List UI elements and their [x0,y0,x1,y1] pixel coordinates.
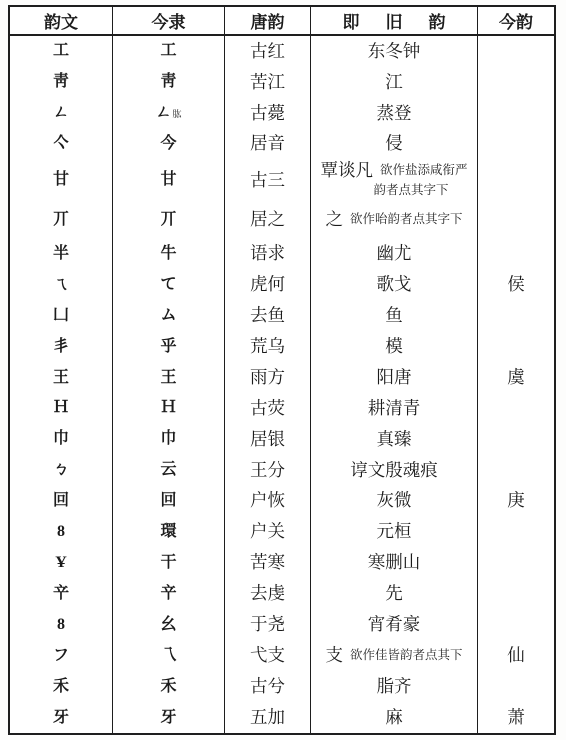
table-row: 丯乎荒乌模 [10,331,554,362]
jinyun-cell [478,331,554,362]
old-rhyme-label: 阳唐 [377,369,412,387]
oracle-glyph: 甘 [53,172,69,188]
tangyun-cell: 古兮 [225,671,311,702]
table-row: ㄅ云王分谆文殷魂痕 [10,455,554,486]
old-rhyme-label: 江 [385,74,403,92]
jinli-cell: 丌 [113,201,225,238]
jinyun-cell: 侯 [478,269,554,300]
table-row: 靑靑苦江江 [10,67,554,98]
tangyun-cell: 去鱼 [225,300,311,331]
old-rhyme-label: 宵肴豪 [368,616,421,634]
modern-rhyme-label: 侯 [507,276,525,294]
old-rhyme-cell: 寒删山 [311,548,478,579]
jinyun-cell: 庚 [478,486,554,517]
jinli-cell: て [113,269,225,300]
modern-rhyme-label: 仙 [507,647,525,665]
jinli-cell: 牛 [113,238,225,269]
yunwen-cell: 丯 [10,331,113,362]
fanqie-text: 古三 [250,172,285,190]
rhyme-table: 韵文 今隶 唐韵 即旧韵 今韵 工工古红东冬钟靑靑苦江江ㄥㄥ肱古薨蒸登亽今居音侵… [8,5,556,735]
tangyun-cell: 五加 [225,702,311,733]
fanqie-text: 五加 [250,709,285,727]
old-rhyme-cell: 脂齐 [311,671,478,702]
header-old-rhyme: 即旧韵 [311,7,478,34]
jinli-cell: Ｈ [113,393,225,424]
yunwen-cell: 工 [10,36,113,67]
tangyun-cell: 古薨 [225,98,311,129]
oracle-glyph: 8 [57,524,65,540]
oracle-glyph: 半 [53,246,69,262]
clerical-glyph: ㄥ [155,105,171,121]
table-row: 凵ム去鱼鱼 [10,300,554,331]
old-rhyme-label: 支 [325,647,343,665]
jinyun-cell [478,424,554,455]
clerical-glyph: 牙 [160,710,176,726]
table-row: 8幺于尧宵肴豪 [10,609,554,640]
fanqie-text: 古荧 [250,400,285,418]
old-rhyme-label: 脂齐 [377,678,412,696]
oracle-glyph: ㄅ [53,462,69,478]
fanqie-text: 居音 [250,135,285,153]
yunwen-cell: 牙 [10,702,113,733]
table-row: 8環户关元桓 [10,517,554,548]
yunwen-cell: 巾 [10,424,113,455]
yunwen-cell: 王 [10,362,113,393]
yunwen-cell: 䇂 [10,578,113,609]
header-jinli: 今隶 [113,7,225,34]
oracle-glyph: 工 [53,43,69,59]
clerical-glyph: 靑 [160,74,176,90]
tangyun-cell: 语求 [225,238,311,269]
yunwen-cell: 甘 [10,160,113,202]
jinyun-cell: 虞 [478,362,554,393]
jinli-cell: 王 [113,362,225,393]
yunwen-cell: 半 [10,238,113,269]
oracle-glyph: 凵 [53,308,69,324]
oracle-glyph: 亽 [53,136,69,152]
old-rhyme-label: 元桓 [377,523,412,541]
old-rhyme-label: 寒删山 [368,554,421,572]
table-row: 工工古红东冬钟 [10,36,554,67]
yunwen-cell: 8 [10,517,113,548]
yunwen-cell: 丌 [10,201,113,238]
oracle-glyph: 王 [53,370,69,386]
oracle-glyph: Ұ [55,555,67,571]
old-rhyme-label: 模 [385,338,403,356]
old-rhyme-line: 之欲作咍韵者点其字下 [325,211,462,229]
page: { "header": { "yunwen": "韵文", "jinli": "… [0,0,566,740]
table-row: 甘甘古三覃谈凡欲作盐添咸衔严韵者点其字下 [10,160,554,202]
old-rhyme-line: 支欲作佳皆韵者点其下 [325,647,462,665]
old-rhyme-label: 歌戈 [377,276,412,294]
old-rhyme-cell: 真臻 [311,424,478,455]
fanqie-text: 居之 [250,211,285,229]
fanqie-text: 居银 [250,431,285,449]
old-rhyme-cell: 鱼 [311,300,478,331]
table-row: 亽今居音侵 [10,129,554,160]
yunwen-cell: 亽 [10,129,113,160]
jinli-cell: 靑 [113,67,225,98]
jinyun-cell [478,517,554,548]
jinyun-cell [478,201,554,238]
clerical-glyph: 丌 [160,212,176,228]
tangyun-cell: 于尧 [225,609,311,640]
jinyun-cell [478,238,554,269]
old-rhyme-cell: 耕清青 [311,393,478,424]
clerical-glyph: 今 [160,136,176,152]
tangyun-cell: 居之 [225,201,311,238]
table-row: 回回户恢灰微庚 [10,486,554,517]
tangyun-cell: 王分 [225,455,311,486]
yunwen-cell: 禾 [10,671,113,702]
old-rhyme-cell: 谆文殷魂痕 [311,455,478,486]
modern-rhyme-label: 虞 [507,369,525,387]
old-rhyme-label: 麻 [385,709,403,727]
yunwen-cell: フ [10,640,113,671]
jinyun-cell [478,671,554,702]
fanqie-text: 于尧 [250,616,285,634]
old-rhyme-line: 韵者点其字下 [373,181,448,199]
fanqie-text: 古兮 [250,678,285,696]
tangyun-cell: 苦寒 [225,548,311,579]
header-yunwen: 韵文 [10,7,113,34]
fanqie-text: 语求 [250,245,285,263]
rhyme-usage-note: 韵者点其字下 [373,183,448,197]
fanqie-text: 去虔 [250,585,285,603]
clerical-glyph: 禾 [160,679,176,695]
yunwen-cell: Ұ [10,548,113,579]
table-row: 禾禾古兮脂齐 [10,671,554,702]
jinyun-cell [478,609,554,640]
jinli-cell: 幺 [113,609,225,640]
oracle-glyph: 丌 [53,212,69,228]
fanqie-text: 户关 [250,523,285,541]
tangyun-cell: 荒乌 [225,331,311,362]
old-rhyme-label: 蒸登 [377,105,412,123]
tangyun-cell: 户关 [225,517,311,548]
jinyun-cell [478,160,554,202]
fanqie-text: 户恢 [250,492,285,510]
clerical-glyph: て [160,277,176,293]
old-rhyme-cell: 歌戈 [311,269,478,300]
jinli-cell: ㄥ肱 [113,98,225,129]
old-rhyme-cell: 支欲作佳皆韵者点其下 [311,640,478,671]
table-row: ㄥㄥ肱古薨蒸登 [10,98,554,129]
tangyun-cell: 弋支 [225,640,311,671]
old-rhyme-cell: 先 [311,578,478,609]
clerical-glyph: ム [160,308,176,324]
fanqie-text: 古薨 [250,105,285,123]
table-row: 丌丌居之之欲作咍韵者点其字下 [10,201,554,238]
old-rhyme-label: 覃谈凡 [320,162,373,180]
jinli-cell: 䇂 [113,578,225,609]
oracle-glyph: フ [53,648,69,664]
jinli-cell: 牙 [113,702,225,733]
jinli-cell: 云 [113,455,225,486]
table-row: 半牛语求幽尤 [10,238,554,269]
clerical-glyph: 牛 [160,246,176,262]
header-jinyun: 今韵 [478,7,554,34]
oracle-glyph: 禾 [53,679,69,695]
header-tangyun: 唐韵 [225,7,311,34]
table-row: 牙牙五加麻萧 [10,702,554,733]
clerical-glyph: 幺 [160,617,176,633]
jinyun-cell [478,36,554,67]
jinli-cell: 工 [113,36,225,67]
oracle-glyph: Ｈ [53,400,69,416]
jinli-cell: 回 [113,486,225,517]
oracle-glyph: 靑 [53,74,69,90]
old-rhyme-cell: 覃谈凡欲作盐添咸衔严韵者点其字下 [311,160,478,202]
clerical-glyph: 環 [160,524,176,540]
jinyun-cell [478,129,554,160]
jinyun-cell [478,455,554,486]
fanqie-text: 弋支 [250,647,285,665]
jinyun-cell [478,98,554,129]
old-rhyme-cell: 模 [311,331,478,362]
tangyun-cell: 户恢 [225,486,311,517]
jinyun-cell: 萧 [478,702,554,733]
oracle-glyph: 巾 [53,431,69,447]
clerical-glyph: 巾 [160,431,176,447]
fanqie-text: 王分 [250,462,285,480]
old-rhyme-label: 东冬钟 [368,43,421,61]
jinli-cell: 乎 [113,331,225,362]
old-rhyme-label: 谆文殷魂痕 [350,462,438,480]
old-rhyme-line: 覃谈凡欲作盐添咸衔严 [320,162,467,180]
jinli-cell: 干 [113,548,225,579]
tangyun-cell: 古三 [225,160,311,202]
old-rhyme-cell: 之欲作咍韵者点其字下 [311,201,478,238]
old-rhyme-cell: 元桓 [311,517,478,548]
old-rhyme-cell: 幽尤 [311,238,478,269]
oracle-glyph: 8 [57,617,65,633]
old-rhyme-label: 鱼 [385,307,403,325]
jinli-cell: 環 [113,517,225,548]
rhyme-usage-note: 欲作盐添咸衔严 [380,163,468,179]
tangyun-cell: 居音 [225,129,311,160]
old-rhyme-cell: 灰微 [311,486,478,517]
table-row: Ұ干苦寒寒删山 [10,548,554,579]
yunwen-cell: ㄥ [10,98,113,129]
fanqie-text: 虎何 [250,276,285,294]
tangyun-cell: 虎何 [225,269,311,300]
clerical-glyph: 回 [160,493,176,509]
jinyun-cell: 仙 [478,640,554,671]
clerical-glyph: 王 [160,370,176,386]
jinyun-cell [478,300,554,331]
tangyun-cell: 居银 [225,424,311,455]
jinyun-cell [478,67,554,98]
yunwen-cell: ㄟ [10,269,113,300]
table-row: ㄟて虎何歌戈侯 [10,269,554,300]
oracle-glyph: 䇂 [53,586,69,602]
old-rhyme-label: 幽尤 [377,245,412,263]
rhyme-usage-note: 欲作咍韵者点其字下 [350,212,463,228]
old-rhyme-cell: 侵 [311,129,478,160]
oracle-glyph: 丯 [53,339,69,355]
oracle-glyph: ㄟ [53,277,69,293]
fanqie-text: 苦寒 [250,554,285,572]
old-rhyme-label: 灰微 [377,492,412,510]
oracle-glyph: 回 [53,493,69,509]
jinli-cell: 禾 [113,671,225,702]
fanqie-text: 苦江 [250,74,285,92]
jinli-cell: ム [113,300,225,331]
rhyme-usage-note: 欲作佳皆韵者点其下 [350,648,463,664]
fanqie-text: 雨方 [250,369,285,387]
yunwen-cell: 靑 [10,67,113,98]
table-row: 䇂䇂去虔先 [10,578,554,609]
old-rhyme-label: 耕清青 [368,400,421,418]
old-rhyme-cell: 蒸登 [311,98,478,129]
old-rhyme-cell: 东冬钟 [311,36,478,67]
modern-rhyme-label: 萧 [507,709,525,727]
old-rhyme-cell: 麻 [311,702,478,733]
clerical-glyph: 干 [160,555,176,571]
fanqie-text: 荒乌 [250,338,285,356]
yunwen-cell: ㄅ [10,455,113,486]
tangyun-cell: 苦江 [225,67,311,98]
jinli-cell: 乁 [113,640,225,671]
fanqie-text: 去鱼 [250,307,285,325]
table-row: フ乁弋支支欲作佳皆韵者点其下仙 [10,640,554,671]
clerical-glyph: 乎 [160,339,176,355]
old-rhyme-label: 真臻 [377,431,412,449]
old-rhyme-label: 先 [385,585,403,603]
table-row: 王王雨方阳唐虞 [10,362,554,393]
table-row: ＨＨ古荧耕清青 [10,393,554,424]
tangyun-cell: 古荧 [225,393,311,424]
yunwen-cell: 回 [10,486,113,517]
yunwen-cell: Ｈ [10,393,113,424]
old-rhyme-label: 之 [325,211,343,229]
old-rhyme-cell: 宵肴豪 [311,609,478,640]
tangyun-cell: 去虔 [225,578,311,609]
jinli-cell: 甘 [113,160,225,202]
clerical-glyph: 䇂 [160,586,176,602]
clerical-glyph: Ｈ [160,400,176,416]
old-rhyme-label: 侵 [385,135,403,153]
jinli-cell: 今 [113,129,225,160]
header-row: 韵文 今隶 唐韵 即旧韵 今韵 [10,7,554,36]
yunwen-cell: 8 [10,609,113,640]
oracle-glyph: ㄥ [53,105,69,121]
table-body: 工工古红东冬钟靑靑苦江江ㄥㄥ肱古薨蒸登亽今居音侵甘甘古三覃谈凡欲作盐添咸衔严韵者… [10,36,554,733]
table-row: 巾巾居银真臻 [10,424,554,455]
tangyun-cell: 雨方 [225,362,311,393]
fanqie-text: 古红 [250,43,285,61]
tangyun-cell: 古红 [225,36,311,67]
modern-rhyme-label: 庚 [507,492,525,510]
jinyun-cell [478,578,554,609]
clerical-glyph: 甘 [160,172,176,188]
oracle-glyph: 牙 [53,710,69,726]
old-rhyme-cell: 江 [311,67,478,98]
clerical-glyph: 工 [160,43,176,59]
jinyun-cell [478,393,554,424]
clerical-glyph: 云 [160,462,176,478]
clerical-glyph: 乁 [160,648,176,664]
jinyun-cell [478,548,554,579]
clerical-glyph-subscript: 肱 [173,107,182,120]
old-rhyme-cell: 阳唐 [311,362,478,393]
jinli-cell: 巾 [113,424,225,455]
yunwen-cell: 凵 [10,300,113,331]
